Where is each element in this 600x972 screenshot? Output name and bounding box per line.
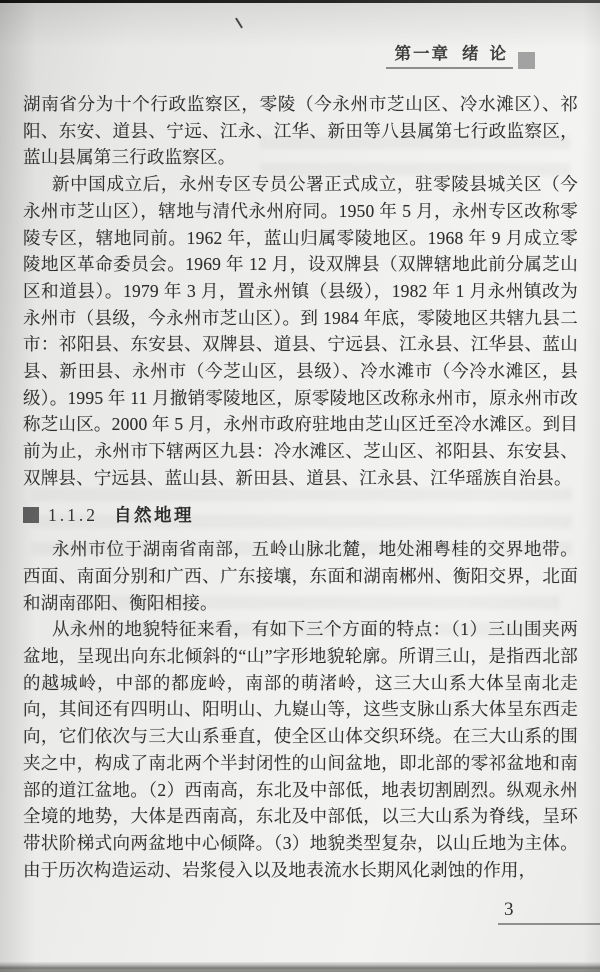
paragraph-prefecture-history: 新中国成立后，永州专区专员公署正式成立，驻零陵县城关区（今永州市芝山区），辖地与…: [23, 171, 578, 491]
paragraph-geographic-location: 永州市位于湖南省南部，五岭山脉北麓，地处湘粤桂的交界地带。西面、南面分别和广西、…: [23, 536, 578, 616]
chapter-title-label: 绪论: [462, 45, 517, 63]
section-number: 1.1.2: [48, 502, 98, 529]
paragraph-terrain-features: 从永州的地貌特征来看，有如下三个方面的特点：（1）三山围夹两盆地，呈现出向东北倾…: [23, 616, 578, 883]
section-title: 自然地理: [114, 502, 194, 529]
pen-mark-artifact: [235, 17, 243, 28]
scan-top-edge-line: [0, 0, 600, 3]
section-heading-1-1-2: 1.1.2 自然地理: [23, 502, 578, 529]
paragraph-admin-monitoring-districts: 湖南省分为十个行政监察区，零陵（今永州市芝山区、冷水滩区）、祁阳、东安、道县、宁…: [23, 91, 578, 171]
running-head: 第一章绪论: [386, 45, 536, 69]
page-number: 3: [504, 899, 514, 921]
page-body: 湖南省分为十个行政监察区，零陵（今永州市芝山区、冷水滩区）、祁阳、东安、道县、宁…: [23, 91, 578, 883]
footer-rule-line: [498, 923, 600, 925]
chapter-number-label: 第一章: [395, 45, 451, 63]
scan-bottom-edge-band: [0, 962, 600, 972]
header-square-ornament: [518, 52, 535, 69]
section-bullet-square-icon: [23, 507, 39, 523]
chapter-heading-text: 第一章绪论: [386, 45, 514, 69]
scanned-book-page: 第一章绪论 湖南省分为十个行政监察区，零陵（今永州市芝山区、冷水滩区）、祁阳、东…: [0, 0, 600, 972]
